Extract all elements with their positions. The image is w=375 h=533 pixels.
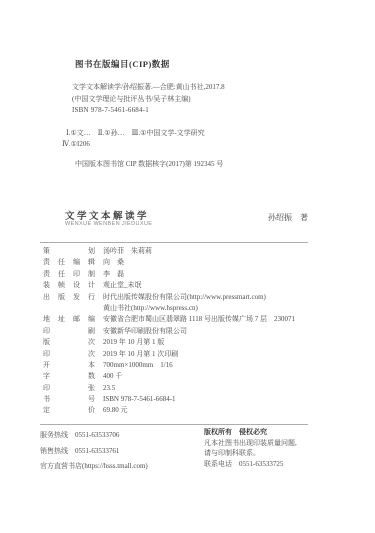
copyright-notice-title: 版权所有 侵权必究 (204, 427, 297, 438)
colophon-label: 书 号 (43, 394, 95, 405)
colophon-value: 安徽省合肥市蜀山区翡翠路 1118 号出版传媒广场 7 层 230071 (103, 314, 295, 325)
divider-top (40, 242, 308, 243)
colophon-row-edition: 版 次2019 年 10 月第 1 版 (43, 337, 295, 348)
colophon-row-format: 开 本700mm×1000mm 1/16 (43, 360, 295, 371)
colophon-value: 400 千 (103, 371, 122, 382)
colophon-row-editor: 责任编辑向 桑 (43, 257, 295, 268)
colophon-value: 时代出版传媒股份有限公司(http://www.pressmart.com) (103, 292, 266, 303)
cip-record-line: 文学文本解读学/孙绍振著.—合肥:黄山书社,2017.8 (72, 82, 225, 92)
cip-series-line: (中国文学理论与批评丛书/吴子林主编) (72, 94, 191, 104)
colophon-label: 开 本 (43, 360, 95, 371)
colophon-label: 版 次 (43, 337, 95, 348)
service-hotline-number: 0551-63533706 (75, 431, 119, 439)
colophon-label: 出版发行 (43, 292, 95, 303)
colophon-row-print-supervisor: 责任印制李 磊 (43, 269, 295, 280)
cip-classification-line: Ⅰ.①文… Ⅱ.①孙… Ⅲ.①中国文学-文学研究 (66, 128, 205, 138)
colophon-label: 策 划 (43, 246, 95, 257)
service-hotline-row: 服务热线0551-63533706 (40, 428, 148, 444)
colophon-label: 印 刷 (43, 326, 95, 337)
colophon-value: 李 磊 (103, 269, 124, 280)
colophon-row-address: 地址邮编安徽省合肥市蜀山区翡翠路 1118 号出版传媒广场 7 层 230071 (43, 314, 295, 325)
cip-isbn-line: ISBN 978-7-5461-6684-1 (72, 106, 149, 114)
colophon-value: 2019 年 10 月第 1 版 (103, 337, 164, 348)
colophon-row-price: 定 价69.80 元 (43, 405, 295, 416)
colophon-value: 黄山书社(http://www.hspress.cn) (103, 303, 198, 314)
colophon-row-impression: 印 次2019 年 10 月第 1 次印刷 (43, 349, 295, 360)
colophon-label: 定 价 (43, 405, 95, 416)
cip-check-number-line: 中国版本图书馆 CIP 数据核字(2017)第 192345 号 (75, 159, 223, 169)
sales-hotline-number: 0551-63533761 (75, 447, 119, 455)
colophon-value: 700mm×1000mm 1/16 (103, 360, 173, 371)
colophon-row-word-count: 字 数400 千 (43, 371, 295, 382)
colophon-value: 汤吟菲 朱莉莉 (103, 246, 152, 257)
colophon-row-publisher-2: 黄山书社(http://www.hspress.cn) (43, 303, 295, 314)
colophon-label: 装帧设计 (43, 280, 95, 291)
official-store-label: 官方直营书店(https://hsss.tmall.com) (40, 462, 148, 470)
sales-hotline-row: 销售热线0551-63533761 (40, 444, 148, 460)
colophon-label: 印 次 (43, 349, 95, 360)
official-store-row: 官方直营书店(https://hsss.tmall.com) (40, 459, 148, 475)
colophon-value: 向 桑 (103, 257, 124, 268)
colophon-label: 印 张 (43, 383, 95, 394)
colophon-label: 责任编辑 (43, 257, 95, 268)
colophon-label: 地址邮编 (43, 314, 95, 325)
book-title: 文学文本解读学 (65, 208, 149, 222)
colophon-value: ISBN 978-7-5461-6684-1 (103, 394, 176, 405)
colophon-value: 观止堂_未氓 (103, 280, 142, 291)
service-hotline-label: 服务热线 (40, 431, 68, 439)
quality-notice-line-1: 凡本社图书出现印装质量问题, (204, 438, 297, 449)
cip-heading: 图书在版编目(CIP)数据 (75, 58, 170, 70)
copyright-page: 图书在版编目(CIP)数据 文学文本解读学/孙绍振著.—合肥:黄山书社,2017… (0, 0, 375, 533)
colophon-label: 字 数 (43, 371, 95, 382)
book-title-pinyin: WENXUE WENBEN JIEDUXUE (65, 221, 152, 227)
colophon-row-publisher: 出版发行时代出版传媒股份有限公司(http://www.pressmart.co… (43, 292, 295, 303)
colophon-row-designer: 装帧设计观止堂_未氓 (43, 280, 295, 291)
colophon-value: 23.5 (103, 383, 115, 394)
colophon-row-planner: 策 划汤吟菲 朱莉莉 (43, 246, 295, 257)
book-author: 孙绍振 著 (268, 212, 308, 223)
colophon: 策 划汤吟菲 朱莉莉 责任编辑向 桑 责任印制李 磊 装帧设计观止堂_未氓 出版… (43, 246, 295, 417)
colophon-value: 安徽新华印刷股份有限公司 (103, 326, 187, 337)
divider-bottom (40, 424, 308, 425)
colophon-row-sheets: 印 张23.5 (43, 383, 295, 394)
colophon-row-printer: 印 刷安徽新华印刷股份有限公司 (43, 326, 295, 337)
colophon-label: 责任印制 (43, 269, 95, 280)
cip-classification-line-2: Ⅳ.①I206 (62, 140, 90, 148)
footer-contact: 服务热线0551-63533706 销售热线0551-63533761 官方直营… (40, 428, 148, 475)
quality-notice-line-2: 请与印制科联系。 (204, 448, 297, 459)
sales-hotline-label: 销售热线 (40, 447, 68, 455)
colophon-value: 69.80 元 (103, 405, 128, 416)
copyright-notice: 版权所有 侵权必究 凡本社图书出现印装质量问题, 请与印制科联系。 联系电话 0… (204, 427, 297, 469)
colophon-value: 2019 年 10 月第 1 次印刷 (103, 349, 178, 360)
colophon-row-isbn: 书 号ISBN 978-7-5461-6684-1 (43, 394, 295, 405)
contact-phone-line: 联系电话 0551-63533725 (204, 459, 297, 470)
